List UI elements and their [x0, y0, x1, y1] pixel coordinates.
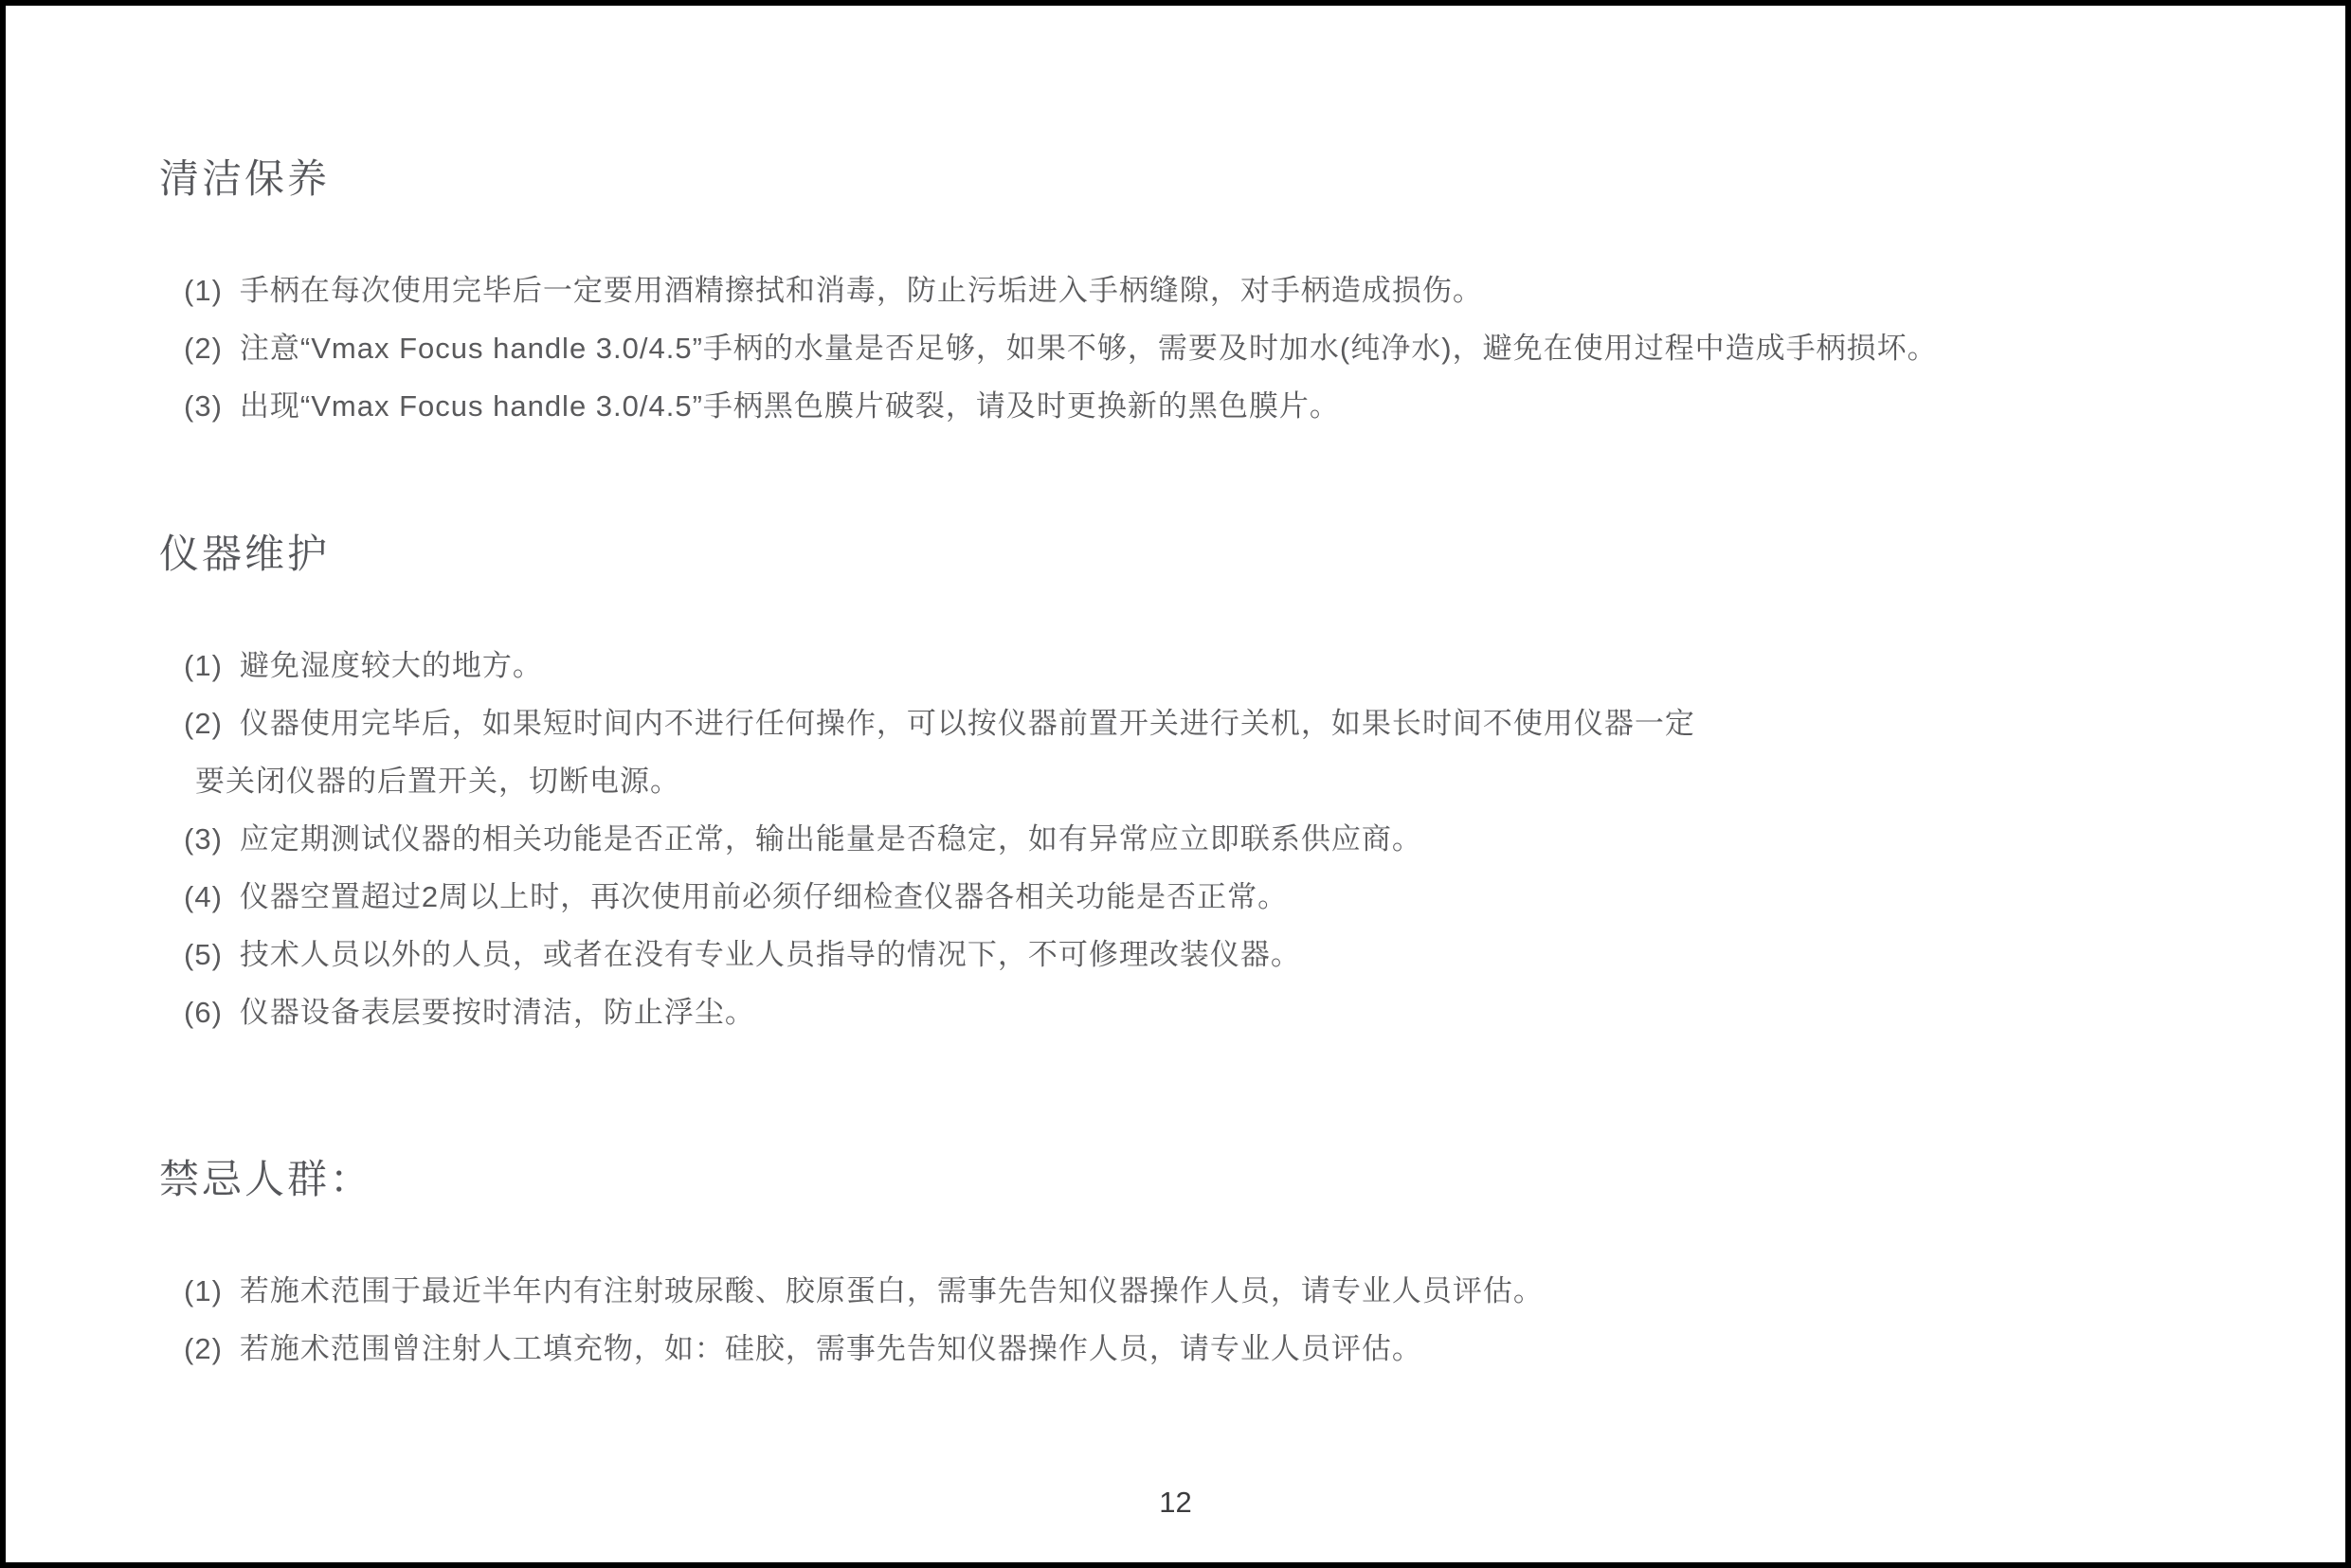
- list-item: (1)手柄在每次使用完毕后一定要用酒精擦拭和消毒，防止污垢进入手柄缝隙，对手柄造…: [184, 261, 2307, 319]
- item-marker: (3): [184, 810, 223, 868]
- item-text: 若施术范围于最近半年内有注射玻尿酸、胶原蛋白，需事先告知仪器操作人员，请专业人员…: [240, 1274, 1544, 1307]
- item-text: 若施术范围曾注射人工填充物，如：硅胶，需事先告知仪器操作人员，请专业人员评估。: [240, 1332, 1422, 1365]
- section-cleaning-maintenance: 清洁保养 (1)手柄在每次使用完毕后一定要用酒精擦拭和消毒，防止污垢进入手柄缝隙…: [159, 157, 2307, 435]
- item-list: (1)避免湿度较大的地方。 (2)仪器使用完毕后，如果短时间内不进行任何操作，可…: [159, 637, 2307, 1041]
- list-item: (1)避免湿度较大的地方。: [184, 637, 2307, 694]
- item-marker: (2): [184, 1320, 223, 1378]
- item-text: 仪器空置超过2周以上时，再次使用前必须仔细检查仪器各相关功能是否正常。: [240, 880, 1288, 913]
- list-item: (4)仪器空置超过2周以上时，再次使用前必须仔细检查仪器各相关功能是否正常。: [184, 868, 2307, 926]
- list-item: (2)仪器使用完毕后，如果短时间内不进行任何操作，可以按仪器前置开关进行关机，如…: [184, 694, 2307, 810]
- item-list: (1)手柄在每次使用完毕后一定要用酒精擦拭和消毒，防止污垢进入手柄缝隙，对手柄造…: [159, 261, 2307, 435]
- item-text: 仪器使用完毕后，如果短时间内不进行任何操作，可以按仪器前置开关进行关机，如果长时…: [240, 707, 1695, 740]
- manual-page: 清洁保养 (1)手柄在每次使用完毕后一定要用酒精擦拭和消毒，防止污垢进入手柄缝隙…: [0, 0, 2351, 1568]
- section-title: 清洁保养: [159, 157, 2307, 201]
- page-number: 12: [6, 1486, 2345, 1520]
- item-text: 技术人员以外的人员，或者在没有专业人员指导的情况下，不可修理改装仪器。: [240, 938, 1301, 971]
- list-item: (2)若施术范围曾注射人工填充物，如：硅胶，需事先告知仪器操作人员，请专业人员评…: [184, 1320, 2307, 1378]
- item-text: 出现“Vmax Focus handle 3.0/4.5”手柄黑色膜片破裂，请及…: [240, 389, 1340, 423]
- section-title: 禁忌人群：: [159, 1158, 2307, 1201]
- item-marker: (2): [184, 694, 223, 752]
- item-marker: (1): [184, 261, 223, 319]
- list-item: (5)技术人员以外的人员，或者在没有专业人员指导的情况下，不可修理改装仪器。: [184, 926, 2307, 983]
- section-title: 仪器维护: [159, 532, 2307, 576]
- item-text: 手柄在每次使用完毕后一定要用酒精擦拭和消毒，防止污垢进入手柄缝隙，对手柄造成损伤…: [240, 274, 1483, 307]
- item-text-continuation: 要关闭仪器的后置开关，切断电源。: [184, 752, 2307, 810]
- item-text: 应定期测试仪器的相关功能是否正常，输出能量是否稳定，如有异常应立即联系供应商。: [240, 822, 1422, 856]
- list-item: (6)仪器设备表层要按时清洁，防止浮尘。: [184, 983, 2307, 1041]
- item-text: 注意“Vmax Focus handle 3.0/4.5”手柄的水量是否足够，如…: [240, 332, 1938, 365]
- item-marker: (2): [184, 319, 223, 377]
- section-contraindicated-people: 禁忌人群： (1)若施术范围于最近半年内有注射玻尿酸、胶原蛋白，需事先告知仪器操…: [159, 1158, 2307, 1378]
- item-text: 避免湿度较大的地方。: [240, 649, 543, 682]
- list-item: (1)若施术范围于最近半年内有注射玻尿酸、胶原蛋白，需事先告知仪器操作人员，请专…: [184, 1262, 2307, 1320]
- item-marker: (5): [184, 926, 223, 983]
- list-item: (2)注意“Vmax Focus handle 3.0/4.5”手柄的水量是否足…: [184, 319, 2307, 377]
- item-marker: (6): [184, 983, 223, 1041]
- item-marker: (1): [184, 1262, 223, 1320]
- item-marker: (1): [184, 637, 223, 694]
- item-list: (1)若施术范围于最近半年内有注射玻尿酸、胶原蛋白，需事先告知仪器操作人员，请专…: [159, 1262, 2307, 1378]
- section-instrument-maintenance: 仪器维护 (1)避免湿度较大的地方。 (2)仪器使用完毕后，如果短时间内不进行任…: [159, 532, 2307, 1041]
- item-marker: (3): [184, 377, 223, 435]
- page-content: 清洁保养 (1)手柄在每次使用完毕后一定要用酒精擦拭和消毒，防止污垢进入手柄缝隙…: [6, 6, 2345, 1378]
- item-marker: (4): [184, 868, 223, 926]
- item-text: 仪器设备表层要按时清洁，防止浮尘。: [240, 996, 755, 1029]
- list-item: (3)出现“Vmax Focus handle 3.0/4.5”手柄黑色膜片破裂…: [184, 377, 2307, 435]
- list-item: (3)应定期测试仪器的相关功能是否正常，输出能量是否稳定，如有异常应立即联系供应…: [184, 810, 2307, 868]
